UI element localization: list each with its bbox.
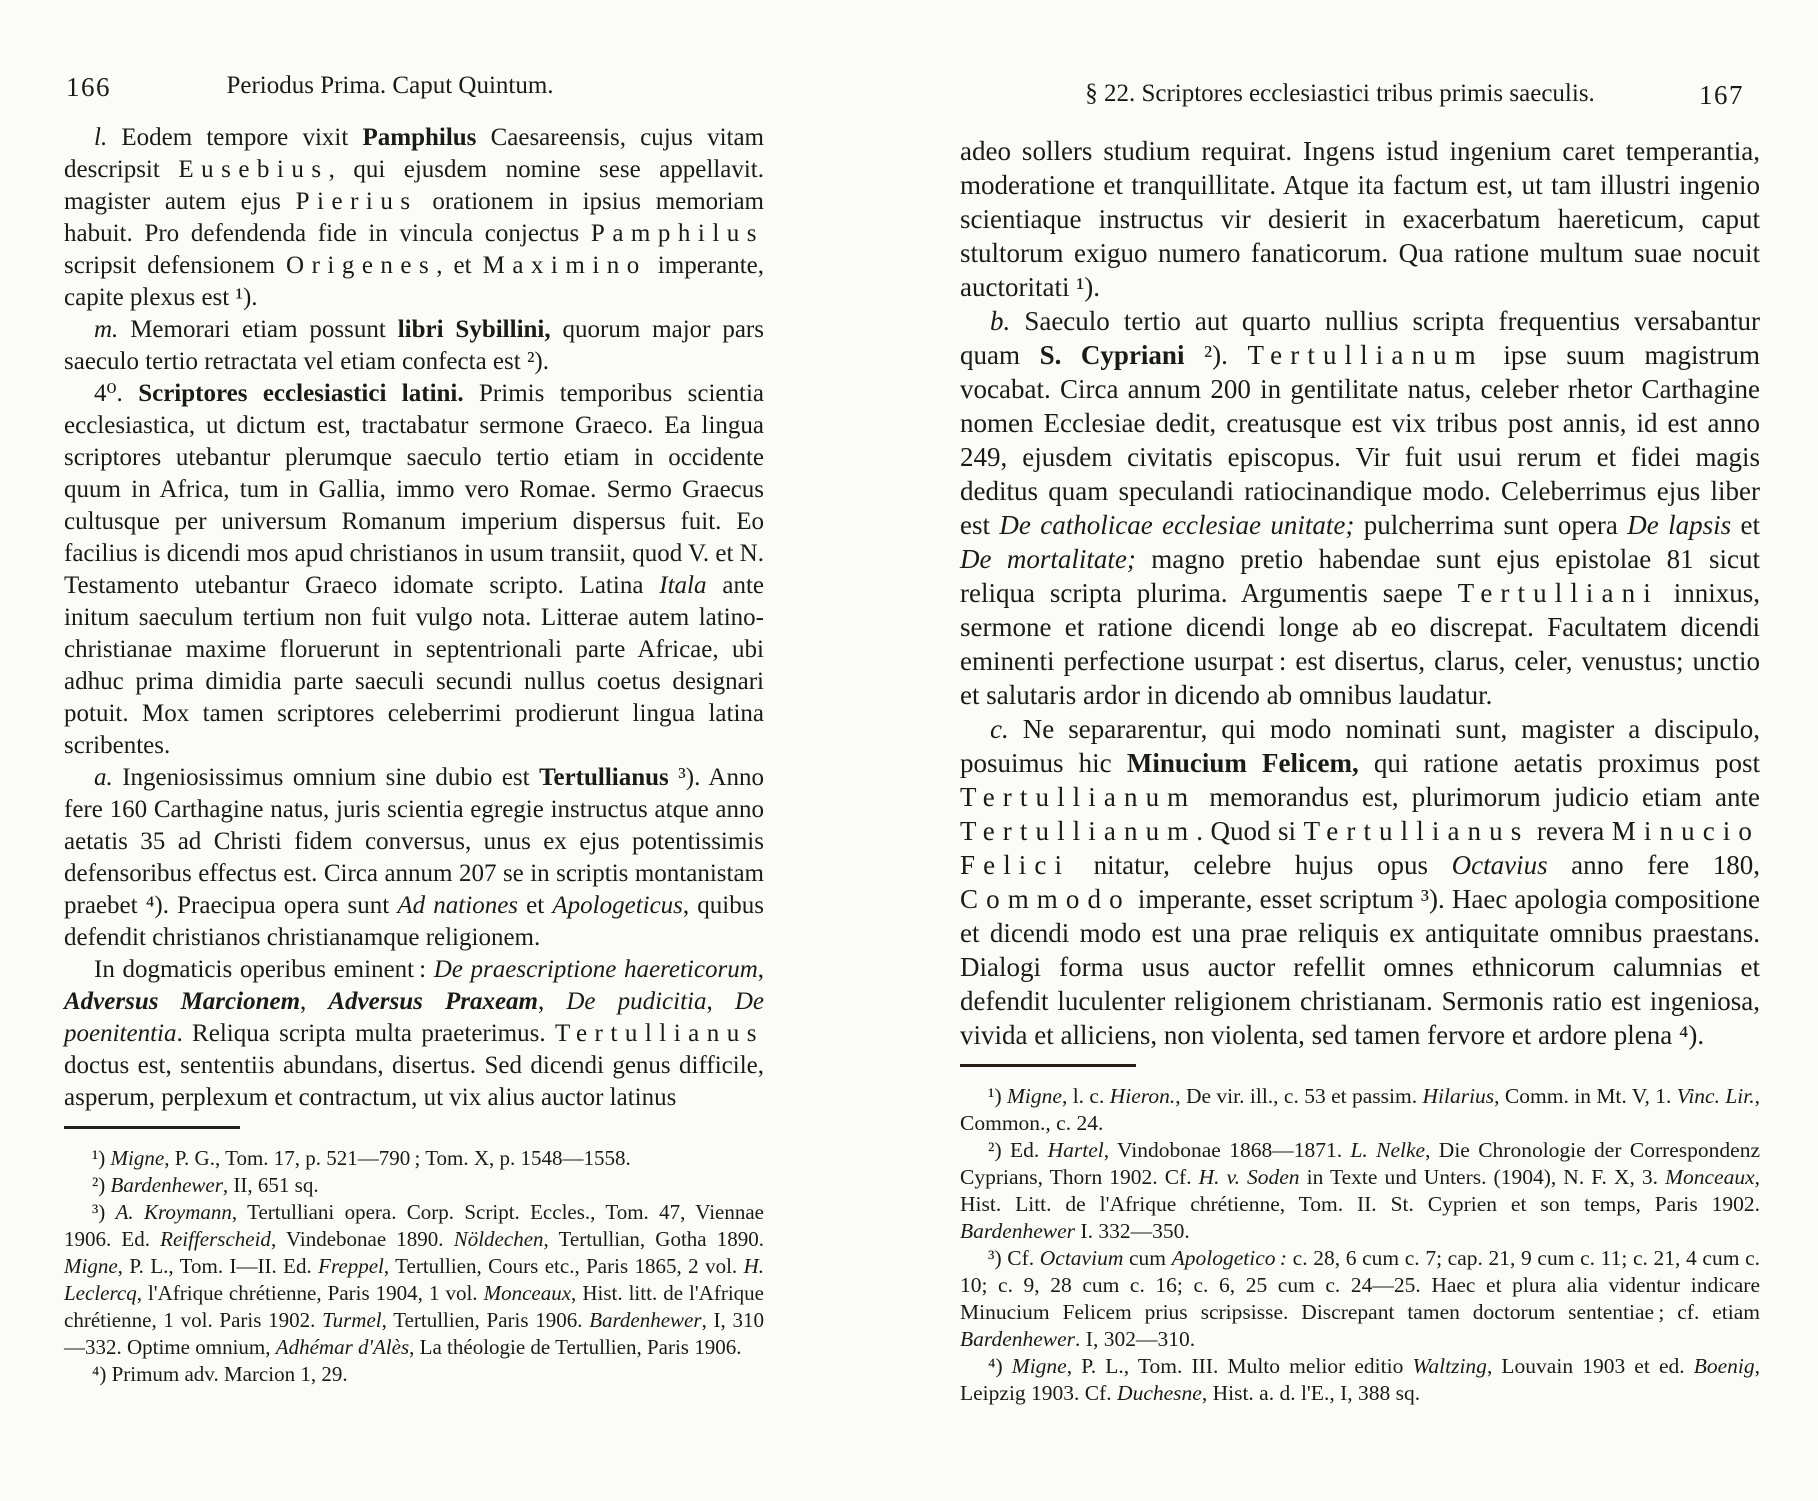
text-run: , P. L., Tom. I—II. Ed.	[118, 1254, 319, 1278]
text-run: b.	[990, 306, 1024, 336]
text-run: Monceaux	[484, 1281, 571, 1305]
text-run: S. Cypriani	[1040, 340, 1185, 370]
text-run: a.	[94, 764, 122, 791]
text-run: ³)	[92, 1200, 116, 1224]
left-running-head: 166 Periodus Prima. Caput Quintum.	[64, 72, 764, 102]
text-run: , l'Afrique chrétienne, Paris 1904, 1 vo…	[137, 1281, 484, 1305]
text-run: , Hist. a. d. l'E., I, 388 sq.	[1202, 1381, 1420, 1405]
text-run: l.	[94, 124, 121, 151]
footnote-3: ³) Cf. Octavium cum Apologetico : c. 28,…	[960, 1245, 1760, 1353]
footnote-4: ⁴) Migne, P. L., Tom. III. Multo melior …	[960, 1353, 1760, 1407]
text-run: De pudicitia	[566, 988, 706, 1015]
text-run: Adhémar d'Alès	[276, 1335, 409, 1359]
text-run: Bardenhewer	[960, 1327, 1075, 1351]
text-run: , Tertullien, Cours etc., Paris 1865, 2 …	[384, 1254, 744, 1278]
text-run: Tertullianus	[555, 1020, 764, 1047]
text-run: H. v. Soden	[1199, 1165, 1300, 1189]
text-run: Migne	[111, 1146, 165, 1170]
paragraph-4-scriptores-latini: 4⁰. Scriptores ecclesiastici latini. Pri…	[64, 378, 764, 762]
text-run: et	[1731, 510, 1760, 540]
text-run: Tertullianus	[1304, 816, 1530, 846]
text-run: , l. c.	[1062, 1084, 1110, 1108]
text-run: De mortalitate;	[960, 544, 1136, 574]
paragraph-in-dogmaticis: In dogmaticis operibus eminent : De prae…	[64, 954, 764, 1114]
right-page-number: 167	[1699, 80, 1744, 111]
text-run: Origenes	[286, 252, 436, 279]
paragraph-b-cyprianus: b. Saeculo tertio aut quarto nullius scr…	[960, 304, 1760, 712]
text-run: , Comm. in Mt. V, 1.	[1494, 1084, 1677, 1108]
text-run: A. Kroymann	[116, 1200, 232, 1224]
text-run: Ad nationes	[397, 892, 518, 919]
text-run: Tertullianus	[539, 764, 669, 791]
text-run: Tertullianum	[1247, 340, 1483, 370]
text-run: , Vindobonae 1868—1871.	[1104, 1138, 1351, 1162]
footnote-4: ⁴) Primum adv. Marcion 1, 29.	[64, 1361, 764, 1388]
text-run: . I, 302—310.	[1075, 1327, 1195, 1351]
text-run: Primis temporibus scientia ecclesiastica…	[64, 380, 764, 599]
text-run: . Quod si	[1196, 816, 1303, 846]
text-run: Waltzing	[1412, 1354, 1486, 1378]
text-run: De lapsis	[1627, 510, 1731, 540]
text-run: ²).	[1184, 340, 1247, 370]
left-footnote-rule	[64, 1126, 240, 1129]
text-run: Eusebius	[178, 156, 328, 183]
text-run: , De vir. ill., c. 53 et passim.	[1175, 1084, 1422, 1108]
text-run: Migne	[64, 1254, 118, 1278]
text-run: ,	[538, 988, 566, 1015]
text-run: , II, 651 sq.	[223, 1173, 319, 1197]
text-run: Pamphilus	[591, 220, 764, 247]
text-run: Memorari etiam possunt	[130, 316, 398, 343]
text-run: ,	[300, 988, 328, 1015]
left-running-title: Periodus Prima. Caput Quintum.	[64, 72, 764, 100]
text-run: ⁴) Primum adv. Marcion 1, 29.	[92, 1362, 348, 1386]
text-run: ²)	[92, 1173, 111, 1197]
text-run: , Tertullian, Gotha 1890.	[544, 1227, 764, 1251]
text-run: Ingeniosissimus omnium sine dubio est	[122, 764, 539, 791]
text-run: 4⁰.	[94, 380, 138, 407]
text-run: Turmel	[322, 1308, 382, 1332]
text-run: cum	[1123, 1246, 1171, 1270]
text-run: ¹)	[988, 1084, 1007, 1108]
text-run: Migne	[1007, 1084, 1062, 1108]
right-footnote-rule	[960, 1064, 1136, 1067]
paragraph-a-tertullianus: a. Ingeniosissimus omnium sine dubio est…	[64, 762, 764, 954]
text-run: Octavium	[1040, 1246, 1124, 1270]
footnote-3: ³) A. Kroymann, Tertulliani opera. Corp.…	[64, 1199, 764, 1361]
text-run: Vinc. Lir.	[1677, 1084, 1755, 1108]
text-run: Itala	[659, 572, 706, 599]
footnote-2: ²) Bardenhewer, II, 651 sq.	[64, 1172, 764, 1199]
text-run: anno fere 180,	[1548, 850, 1760, 880]
right-running-title: § 22. Scriptores ecclesiastici tribus pr…	[960, 80, 1760, 108]
right-page-body: adeo sollers studium requirat. Ingens is…	[960, 134, 1760, 1052]
text-run: Tertullianum	[960, 782, 1196, 812]
paragraph-c-minucius-felix: c. Ne separarentur, qui modo nominati su…	[960, 712, 1760, 1052]
text-run: ¹)	[92, 1146, 111, 1170]
text-run: ante initum saeculum tertium non fuit vu…	[64, 572, 764, 759]
paragraph-continuation: adeo sollers studium requirat. Ingens is…	[960, 134, 1760, 304]
text-run: Minucium Felicem,	[1127, 748, 1359, 778]
text-run: Commodo	[960, 884, 1131, 914]
text-run: De catholicae ecclesiae unitate;	[999, 510, 1354, 540]
paragraph-m: m. Memorari etiam possunt libri Sybillin…	[64, 314, 764, 378]
footnote-1: ¹) Migne, P. G., Tom. 17, p. 521—790 ; T…	[64, 1145, 764, 1172]
text-run: libri Sybillini,	[398, 316, 551, 343]
text-run: Hilarius	[1422, 1084, 1494, 1108]
text-run: revera	[1529, 816, 1611, 846]
book-spread: 166 Periodus Prima. Caput Quintum. l. Eo…	[0, 0, 1818, 1501]
text-run: ²) Ed.	[988, 1138, 1048, 1162]
text-run: adeo sollers studium requirat. Ingens is…	[960, 136, 1760, 302]
text-run: , et	[436, 252, 482, 279]
text-run: Adversus Marcionem	[64, 988, 300, 1015]
text-run: Monceaux	[1665, 1165, 1755, 1189]
text-run: , P. G., Tom. 17, p. 521—790 ; Tom. X, p…	[164, 1146, 631, 1170]
text-run: Boenig	[1694, 1354, 1755, 1378]
text-run: scripsit defensionem	[64, 252, 286, 279]
text-run: ,	[758, 956, 764, 983]
paragraph-l: l. Eodem tempore vixit Pamphilus Caesare…	[64, 122, 764, 314]
text-run: nitatur, celebre hujus opus	[1070, 850, 1452, 880]
text-run: Bardenhewer	[111, 1173, 223, 1197]
text-run: Apologetico :	[1172, 1246, 1287, 1270]
left-page: 166 Periodus Prima. Caput Quintum. l. Eo…	[64, 72, 764, 1388]
text-run: ³) Cf.	[988, 1246, 1040, 1270]
text-run: c.	[990, 714, 1023, 744]
text-run: , Louvain 1903 et ed.	[1487, 1354, 1694, 1378]
text-run: Migne	[1012, 1354, 1067, 1378]
text-run: L. Nelke	[1350, 1138, 1425, 1162]
text-run: Adversus Praxeam	[328, 988, 538, 1015]
right-page: § 22. Scriptores ecclesiastici tribus pr…	[960, 80, 1760, 1407]
left-page-number: 166	[66, 72, 111, 103]
text-run: , La théologie de Tertullien, Paris 1906…	[409, 1335, 741, 1359]
text-run: Pamphilus	[362, 124, 476, 151]
text-run: Duchesne	[1117, 1381, 1202, 1405]
text-run: et	[518, 892, 552, 919]
footnote-2: ²) Ed. Hartel, Vindobonae 1868—1871. L. …	[960, 1137, 1760, 1245]
footnote-1: ¹) Migne, l. c. Hieron., De vir. ill., c…	[960, 1083, 1760, 1137]
text-run: doctus est, sententiis abundans, disertu…	[64, 1052, 764, 1111]
right-running-head: § 22. Scriptores ecclesiastici tribus pr…	[960, 80, 1760, 110]
text-run: De praescriptione haereticorum	[434, 956, 758, 983]
text-run: , Vindebonae 1890.	[271, 1227, 454, 1251]
text-run: Tertulliani	[1458, 578, 1659, 608]
left-page-footnotes: ¹) Migne, P. G., Tom. 17, p. 521—790 ; T…	[64, 1145, 764, 1388]
text-run: ,	[706, 988, 734, 1015]
left-page-body: l. Eodem tempore vixit Pamphilus Caesare…	[64, 122, 764, 1114]
text-run: Octavius	[1452, 850, 1548, 880]
right-page-footnotes: ¹) Migne, l. c. Hieron., De vir. ill., c…	[960, 1083, 1760, 1407]
text-run: I. 332—350.	[1075, 1219, 1190, 1243]
text-run: Nöldechen	[454, 1227, 544, 1251]
text-run: In dogmaticis operibus eminent :	[94, 956, 434, 983]
text-run: Eodem tempore vixit	[121, 124, 362, 151]
text-run: ⁴)	[988, 1354, 1012, 1378]
text-run: , P. L., Tom. III. Multo melior editio	[1067, 1354, 1413, 1378]
text-run: Tertullianum	[960, 816, 1196, 846]
text-run: Reifferscheid	[160, 1227, 271, 1251]
text-run: in Texte und Unters. (1904), N. F. X, 3.	[1300, 1165, 1666, 1189]
text-run: Bardenhewer	[960, 1219, 1075, 1243]
text-run: Maximino	[483, 252, 647, 279]
text-run: memorandus est, plurimorum judicio etiam…	[1196, 782, 1760, 812]
text-run: Scriptores ecclesiastici latini.	[138, 380, 479, 407]
text-run: m.	[94, 316, 130, 343]
text-run: Apologeticus	[552, 892, 683, 919]
text-run: Hieron.	[1110, 1084, 1176, 1108]
text-run: , Tertullien, Paris 1906.	[382, 1308, 590, 1332]
text-run: Hartel	[1048, 1138, 1104, 1162]
text-run: qui ratione aetatis proximus post	[1359, 748, 1760, 778]
text-run: . Reliqua scripta multa praeterimus.	[176, 1020, 554, 1047]
text-run: Bardenhewer	[589, 1308, 701, 1332]
text-run: pulcherrima sunt opera	[1354, 510, 1627, 540]
text-run: Pierius	[296, 188, 418, 215]
text-run: Freppel	[318, 1254, 384, 1278]
